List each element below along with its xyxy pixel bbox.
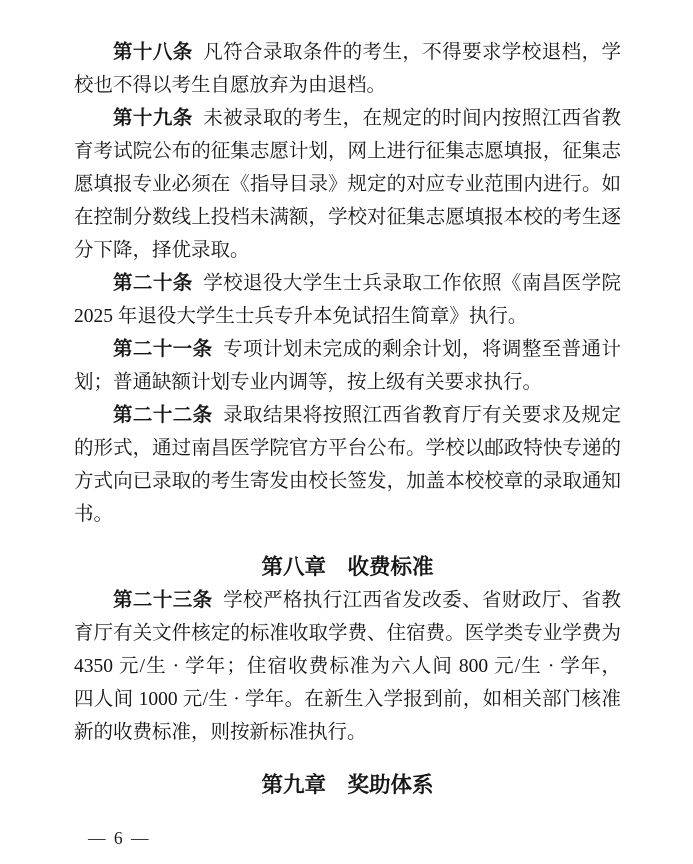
line-text: 在控制分数线上投档未满额，学校对征集志愿填报本校的考生逐 — [74, 207, 621, 228]
article-number: 第二十条 — [113, 273, 193, 294]
article-number: 第二十二条 — [113, 405, 213, 426]
chapter-heading-9: 第九章 奖助体系 — [74, 769, 621, 802]
line-text: 的形式，通过南昌医学院官方平台公布。学校以邮政特快专递的 — [74, 438, 621, 459]
line-text: 录取结果将按照江西省教育厅有关要求及规定 — [213, 405, 621, 426]
text-line: 新的收费标准，则按新标准执行。 — [74, 716, 621, 749]
article-number: 第十八条 — [113, 42, 193, 63]
text-line: 4350 元/生 · 学年；住宿收费标准为六人间 800 元/生 · 学年， — [74, 650, 621, 683]
text-line: 分下降，择优录取。 — [74, 234, 621, 267]
line-text: 新的收费标准，则按新标准执行。 — [74, 722, 367, 743]
text-line: 第十九条 未被录取的考生，在规定的时间内按照江西省教 — [74, 102, 621, 135]
line-text: 书。 — [74, 504, 113, 525]
text-line: 2025 年退役大学生士兵专升本免试招生简章》执行。 — [74, 300, 621, 333]
text-line: 校也不得以考生自愿放弃为由退档。 — [74, 69, 621, 102]
line-text: 学校退役大学生士兵录取工作依照《南昌医学院 — [193, 273, 621, 294]
line-text: 四人间 1000 元/生 · 学年。在新生入学报到前，如相关部门核准 — [74, 689, 621, 710]
text-line: 方式向已录取的考生寄发由校长签发，加盖本校校章的录取通知 — [74, 465, 621, 498]
document-body: 第十八条 凡符合录取条件的考生，不得要求学校退档，学 校也不得以考生自愿放弃为由… — [74, 36, 621, 802]
article-number: 第十九条 — [113, 108, 193, 129]
line-text: 学校严格执行江西省发改委、省财政厅、省教 — [213, 590, 621, 611]
text-line: 育考试院公布的征集志愿计划，网上进行征集志愿填报，征集志 — [74, 135, 621, 168]
line-text: 育厅有关文件核定的标准收取学费、住宿费。医学类专业学费为 — [74, 623, 621, 644]
text-line: 划；普通缺额计划专业内调等，按上级有关要求执行。 — [74, 366, 621, 399]
line-text: 方式向已录取的考生寄发由校长签发，加盖本校校章的录取通知 — [74, 471, 621, 492]
text-line: 第二十一条 专项计划未完成的剩余计划，将调整至普通计 — [74, 333, 621, 366]
text-line: 第二十条 学校退役大学生士兵录取工作依照《南昌医学院 — [74, 267, 621, 300]
text-line: 在控制分数线上投档未满额，学校对征集志愿填报本校的考生逐 — [74, 201, 621, 234]
text-line: 第十八条 凡符合录取条件的考生，不得要求学校退档，学 — [74, 36, 621, 69]
line-text: 校也不得以考生自愿放弃为由退档。 — [74, 75, 386, 96]
text-line: 愿填报专业必须在《指导目录》规定的对应专业范围内进行。如 — [74, 168, 621, 201]
text-line: 第二十三条 学校严格执行江西省发改委、省财政厅、省教 — [74, 584, 621, 617]
line-text: 划；普通缺额计划专业内调等，按上级有关要求执行。 — [74, 372, 542, 393]
text-line: 第二十二条 录取结果将按照江西省教育厅有关要求及规定 — [74, 399, 621, 432]
document-page: 第十八条 凡符合录取条件的考生，不得要求学校退档，学 校也不得以考生自愿放弃为由… — [0, 0, 693, 864]
line-text: 愿填报专业必须在《指导目录》规定的对应专业范围内进行。如 — [74, 174, 621, 195]
text-line: 四人间 1000 元/生 · 学年。在新生入学报到前，如相关部门核准 — [74, 683, 621, 716]
line-text: 育考试院公布的征集志愿计划，网上进行征集志愿填报，征集志 — [74, 141, 621, 162]
line-text: 4350 元/生 · 学年；住宿收费标准为六人间 800 元/生 · 学年， — [74, 656, 621, 677]
article-number: 第二十三条 — [113, 590, 213, 611]
text-line: 育厅有关文件核定的标准收取学费、住宿费。医学类专业学费为 — [74, 617, 621, 650]
text-line: 的形式，通过南昌医学院官方平台公布。学校以邮政特快专递的 — [74, 432, 621, 465]
line-text: 未被录取的考生，在规定的时间内按照江西省教 — [193, 108, 621, 129]
chapter-heading-8: 第八章 收费标准 — [74, 551, 621, 584]
line-text: 2025 年退役大学生士兵专升本免试招生简章》执行。 — [74, 306, 527, 327]
line-text: 凡符合录取条件的考生，不得要求学校退档，学 — [193, 42, 621, 63]
article-number: 第二十一条 — [113, 339, 213, 360]
line-text: 专项计划未完成的剩余计划，将调整至普通计 — [213, 339, 621, 360]
page-number: — 6 — — [88, 828, 151, 849]
text-line: 书。 — [74, 498, 621, 531]
line-text: 分下降，择优录取。 — [74, 240, 250, 261]
